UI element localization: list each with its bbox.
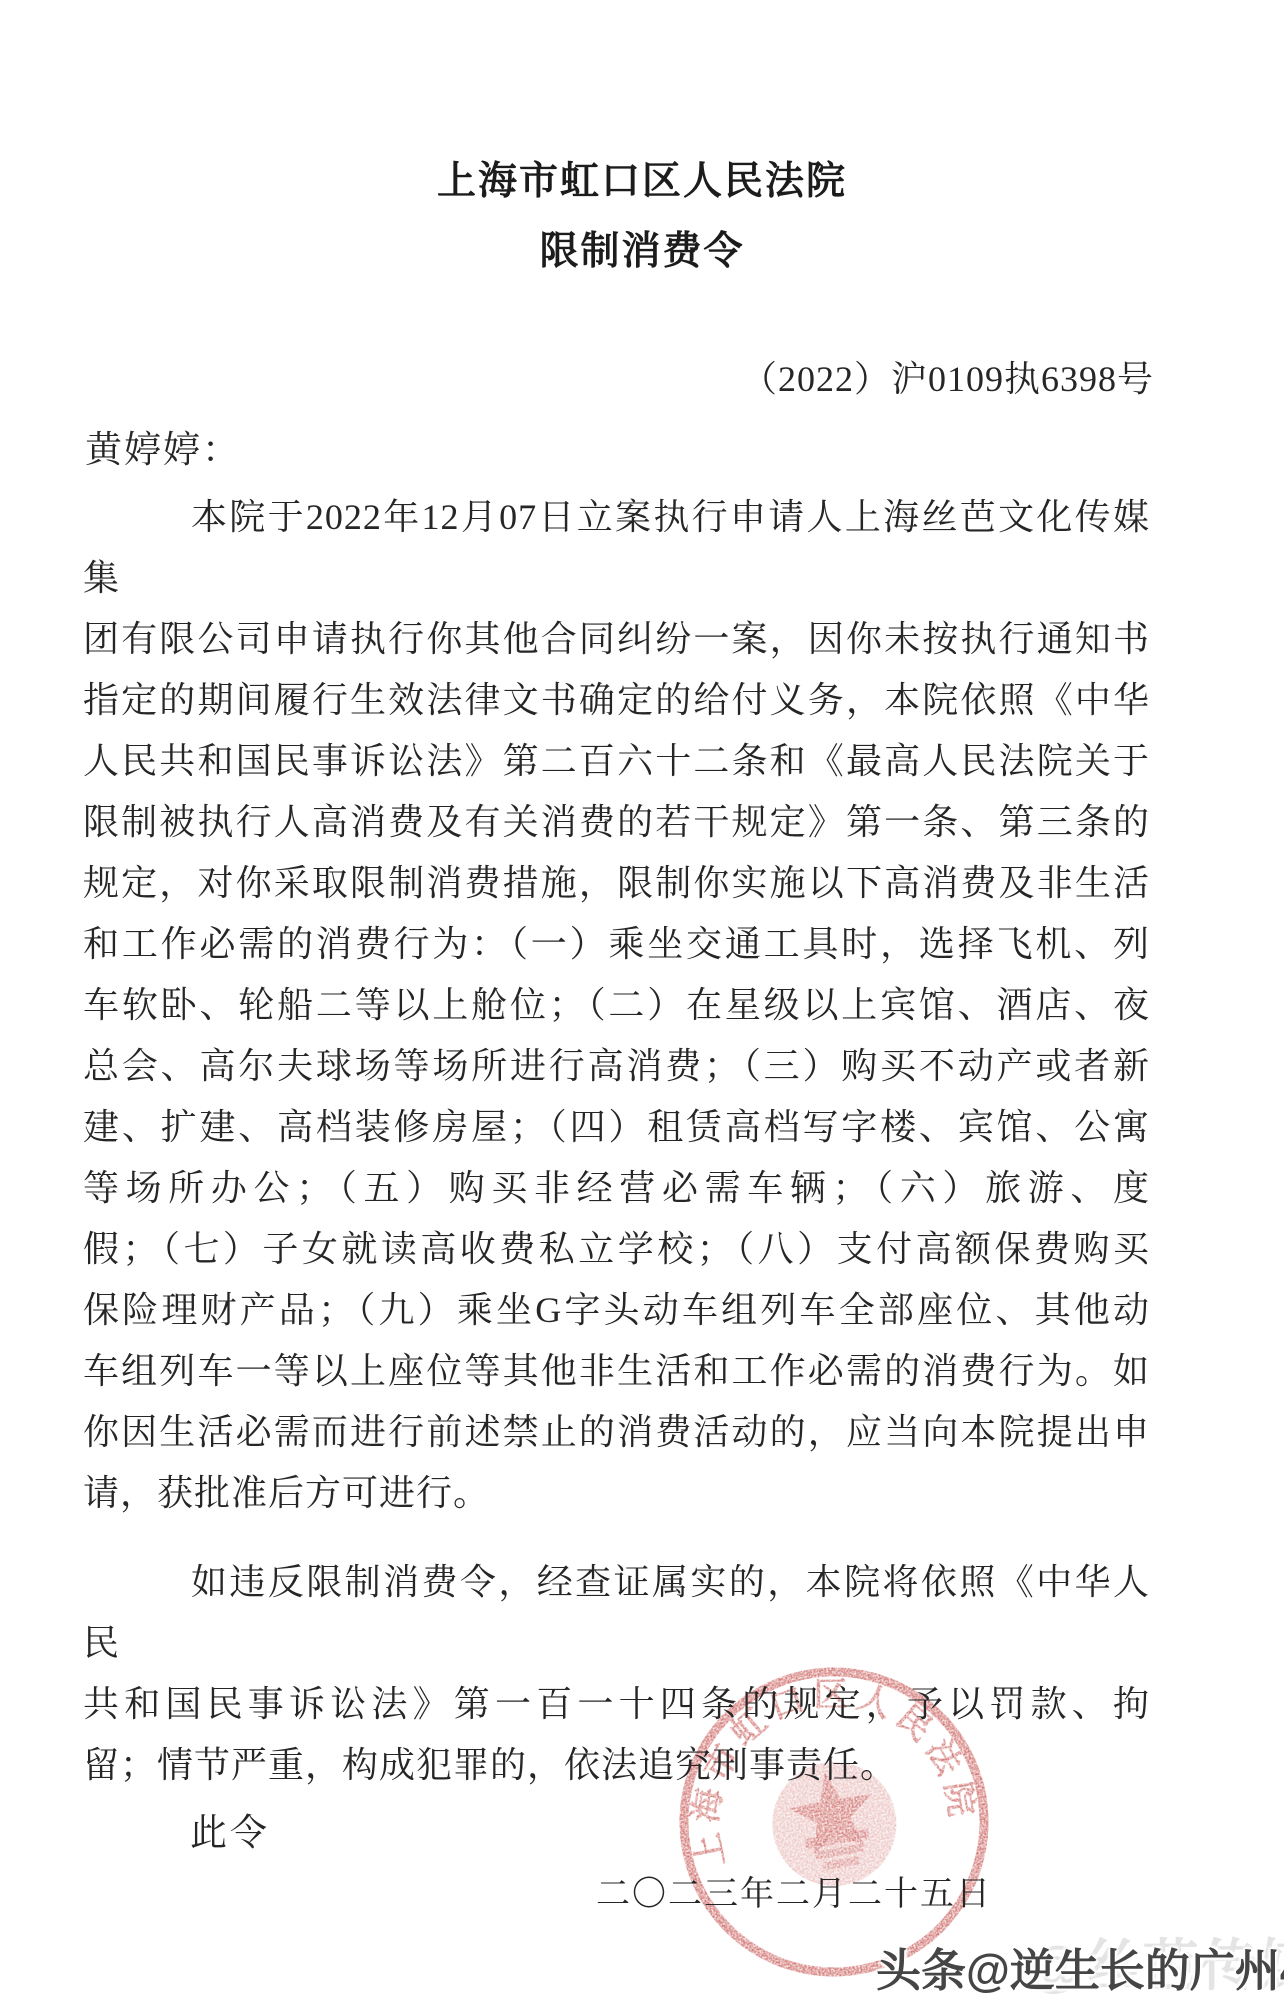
doc-line: 等场所办公；（五）购买非经营必需车辆；（六）旅游、度 bbox=[83, 1158, 1150, 1219]
scanned-court-document: 上海市虹口区人民法院 上海市虹口区人民法院 限制消费令 （2022）沪0109执… bbox=[0, 0, 1284, 2007]
doc-line: 总会、高尔夫球场等场所进行高消费；（三）购买不动产或者新 bbox=[83, 1036, 1150, 1097]
case-number: （2022）沪0109执6398号 bbox=[0, 356, 1284, 402]
closing-phrase: 此令 bbox=[190, 1809, 1284, 1859]
doc-line: 车软卧、轮船二等以上舱位；（二）在星级以上宾馆、酒店、夜 bbox=[83, 975, 1150, 1036]
doc-line: 本院于2022年12月07日立案执行申请人上海丝芭文化传媒集 bbox=[83, 487, 1150, 609]
body-paragraph-2: 如违反限制消费令，经查证属实的，本院将依照《中华人民共和国民事诉讼法》第一百一十… bbox=[83, 1552, 1150, 1796]
doc-line: 如违反限制消费令，经查证属实的，本院将依照《中华人民 bbox=[83, 1552, 1150, 1674]
doc-line: 假；（七）子女就读高收费私立学校；（八）支付高额保费购买 bbox=[83, 1219, 1150, 1280]
doc-line: 保险理财产品；（九）乘坐G字头动车组列车全部座位、其他动 bbox=[83, 1280, 1150, 1341]
doc-line: 限制被执行人高消费及有关消费的若干规定》第一条、第三条的 bbox=[83, 792, 1150, 853]
addressee: 黄婷婷： bbox=[85, 427, 1284, 475]
doc-line: 共和国民事诉讼法》第一百一十四条的规定，予以罚款、拘 bbox=[83, 1674, 1150, 1735]
doc-line: 规定，对你采取限制消费措施，限制你实施以下高消费及非生活 bbox=[83, 853, 1150, 914]
doc-line: 留；情节严重，构成犯罪的，依法追究刑事责任。 bbox=[83, 1735, 1150, 1796]
doc-line: 请，获批准后方可进行。 bbox=[83, 1463, 1150, 1524]
doc-line: 你因生活必需而进行前述禁止的消费活动的，应当向本院提出申 bbox=[83, 1402, 1150, 1463]
court-name: 上海市虹口区人民法院 bbox=[0, 160, 1284, 204]
issue-date: 二〇二三年二月二十五日 bbox=[0, 1871, 1284, 1919]
doc-line: 建、扩建、高档装修房屋；（四）租赁高档写字楼、宾馆、公寓 bbox=[83, 1097, 1150, 1158]
watermark-headline: 头条@逆生长的广州40加 bbox=[876, 1934, 1284, 1999]
order-title: 限制消费令 bbox=[0, 230, 1284, 274]
doc-line: 车组列车一等以上座位等其他非生活和工作必需的消费行为。如 bbox=[83, 1341, 1150, 1402]
doc-line: 和工作必需的消费行为：（一）乘坐交通工具时，选择飞机、列 bbox=[83, 914, 1150, 975]
doc-line: 团有限公司申请执行你其他合同纠纷一案，因你未按执行通知书 bbox=[83, 609, 1150, 670]
body-paragraph-1: 本院于2022年12月07日立案执行申请人上海丝芭文化传媒集团有限公司申请执行你… bbox=[83, 487, 1150, 1524]
doc-line: 指定的期间履行生效法律文书确定的给付义务，本院依照《中华 bbox=[83, 670, 1150, 731]
doc-line: 人民共和国民事诉讼法》第二百六十二条和《最高人民法院关于 bbox=[83, 731, 1150, 792]
